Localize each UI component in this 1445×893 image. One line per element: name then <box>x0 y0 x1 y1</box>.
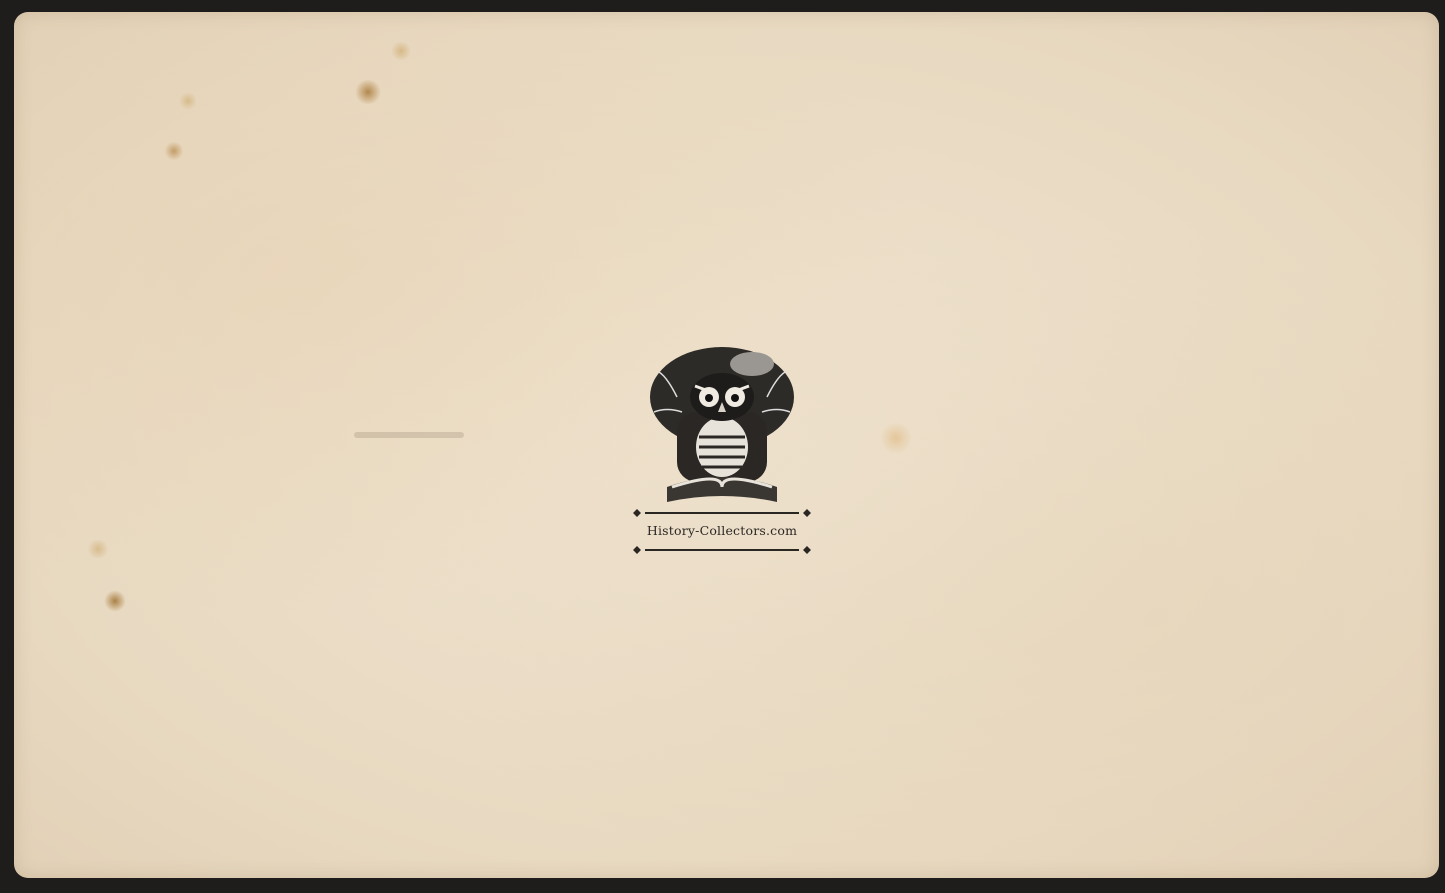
foxing-stain <box>179 92 197 110</box>
foxing-stain <box>390 42 412 60</box>
ornamental-divider <box>633 509 811 517</box>
watermark-logo: History-Collectors.com <box>630 342 814 556</box>
owl-emblem-icon <box>647 342 797 507</box>
foxing-stain <box>104 590 126 612</box>
foxing-stain <box>164 142 184 160</box>
foxing-stain <box>86 540 110 558</box>
foxing-stain <box>354 80 382 104</box>
site-url-text: History-Collectors.com <box>647 523 797 538</box>
ornamental-divider <box>633 546 811 554</box>
faint-mark <box>354 432 464 438</box>
foxing-stain <box>880 422 912 454</box>
